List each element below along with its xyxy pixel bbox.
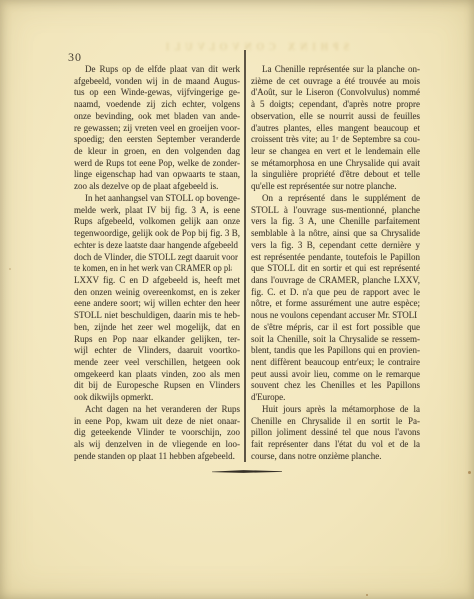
text-line: nous ne voulons cependant accuser Mr. ST… [251, 310, 417, 322]
text-line: est représentée pendante, toutefois le P… [251, 252, 420, 264]
text-line: à 5 doigts; cependant, d'après notre pro… [251, 99, 420, 111]
text-line: echter is deze laatste daar hangende afg… [74, 240, 238, 252]
text-line: se métamorphosa en une Chrysalide qui av… [251, 158, 420, 170]
text-line: tegenwoordige, gelijk ook de Pop bij fig… [74, 228, 240, 240]
text-line: observation, elle se nourrit aussi de fe… [251, 111, 420, 123]
text-line: de kleur in groen, en den volgenden dag [74, 146, 240, 158]
text-line: nent diffèrent beaucoup entr'eux; le con… [251, 357, 420, 369]
text-line: que STOLL dit en sortir et qui est repré… [251, 263, 420, 275]
text-line: STOLL niet beschuldigen, daarin mis te h… [74, 310, 240, 322]
text-line: peut aussi avoir lieu, comme on le remar… [251, 369, 420, 381]
paper-speck [9, 268, 11, 270]
text-line: in eene Pop, kwam uit deze de niet onaar… [74, 416, 240, 428]
text-line: la singulière propriété d'être debout et… [251, 169, 420, 181]
text-line: vers la fig. 3 B, cependant cette derniè… [251, 240, 420, 252]
text-line: pende standen op plaat 11 hebben afgebee… [74, 451, 240, 463]
text-line: De Rups op de elfde plaat van dit werk [74, 64, 240, 76]
text-line: course, dans notre onzième planche. [251, 451, 420, 463]
text-line: qu'elle est représentée sur notre planch… [251, 181, 420, 193]
text-line: Huit jours après la métamorphose de la [251, 404, 420, 416]
paper-speck [468, 471, 471, 474]
column-dutch: De Rups op de elfde plaat van dit werkaf… [74, 64, 240, 462]
text-line: ook dikwijls opmerkt. [74, 392, 240, 404]
text-line: dig geteekende Vlinder te voorschijn, zo… [74, 427, 240, 439]
text-line: croissent très vite; au 1ʳ de Septembre … [251, 134, 420, 146]
text-line: naamd, voedende zij zich echter, volgens [74, 99, 240, 111]
text-line: zoo als dezelve op de plaat afgebeeld is… [74, 181, 240, 193]
text-line: dit bij de Europesche Rupsen en Vlinders [74, 380, 240, 392]
text-line: Rups afgebeeld, volkomen gelijk aan onze [74, 216, 240, 228]
text-line: fait représenter dans l'état du vol et d… [251, 439, 420, 451]
column-divider-rule [244, 50, 246, 462]
text-line: wijl echter de Vlinders, daaruit voortko… [74, 345, 240, 357]
text-line: On a représenté dans le supplément de [251, 193, 420, 205]
bleedthrough-text: SPHINX CONVOLVULI [158, 42, 352, 58]
text-line: spoedig; den eersten September veranderd… [74, 134, 240, 146]
book-page-scan: SPHINX CONVOLVULI 30 De Rups op de elfde… [0, 0, 474, 599]
text-line: re gewassen; zij vreten veel en groeijen… [74, 123, 240, 135]
text-line: afgebeeld, vonden wij in de maand Augus- [74, 76, 240, 88]
text-line: fig. C. et D. n'a que peu de rapport ave… [251, 287, 420, 299]
text-line: d'autres plantes, elles mangent beaucoup… [251, 123, 420, 135]
text-line: mende zeer veel verschillen, hetgeen ook [74, 357, 240, 369]
text-line: linge eigenschap had van opwaarts te sta… [74, 169, 240, 181]
text-line: nôtre, et forme assurément une autre esp… [251, 298, 420, 310]
text-line: melde werk, plaat IV bij fig. 3 A, is ee… [74, 205, 240, 217]
section-end-rule [212, 470, 282, 473]
text-line: semblable à la nôtre, ainsi que sa Chrys… [251, 228, 420, 240]
text-line: onze bevinding, ook met bladen van ande- [74, 111, 240, 123]
text-line: soit la Chenille, soit la Chrysalide se … [251, 334, 420, 346]
text-line: als wij denzelven in de vliegende en loo… [74, 439, 240, 451]
text-line: d'Europe. [251, 392, 420, 404]
text-line: Chenille en Chrysalide il en sortit le P… [251, 416, 420, 428]
text-line: werd de Rups tot eene Pop, welke de zond… [74, 158, 240, 170]
text-line: STOLL à l'ouvrage sus-mentionné, planche… [251, 205, 420, 217]
text-line: Acht dagen na het veranderen der Rups [74, 404, 240, 416]
text-line: te komen, en in het werk van CRAMER op p… [74, 263, 231, 275]
paper-speck [366, 594, 368, 596]
text-line: den onzen weinig overeenkomst, en is zek… [74, 287, 240, 299]
page-number: 30 [68, 50, 82, 65]
text-line: ben, zijnde het zeer wel mogelijk, dat e… [74, 322, 240, 334]
text-line: blent, tandis que les Papillons qui en p… [251, 345, 420, 357]
text-line: LXXV fig. C en D afgebeeld is, heeft met [74, 275, 240, 287]
text-line: In het aanhangsel van STOLL op bovenge- [74, 193, 240, 205]
text-line: doch de Vlinder, die STOLL zegt daaruit … [74, 252, 238, 264]
text-line: pillon joliment dessiné tel que nous l'a… [251, 427, 420, 439]
text-line: zième de cet ouvrage a été trouvée au mo… [251, 76, 420, 88]
text-line: tus op een Winde-gewas, vijfvingerige ge… [74, 87, 240, 99]
text-line: d'Août, sur le Liseron (Convolvulus) nom… [251, 87, 420, 99]
text-line: La Chenille représentée sur la planche o… [251, 64, 420, 76]
text-line: omgekeerd kan plaats vinden, zoo als men [74, 369, 240, 381]
text-line: de s'être mépris, car il est fort possib… [251, 322, 420, 334]
text-line: eene andere soort; wij willen echter den… [74, 298, 240, 310]
text-line: dans l'ouvrage de CRAMER, planche LXXV, [251, 275, 420, 287]
text-line: Rups en Pop naar elkander gelijken, ter- [74, 334, 240, 346]
text-line: souvent chez les Chenilles et les Papill… [251, 380, 420, 392]
text-line: vers la fig. 3 A, une Chenille parfaitem… [251, 216, 420, 228]
text-line: leur se changea en vert et le lendemain … [251, 146, 420, 158]
column-french: La Chenille représentée sur la planche o… [251, 64, 420, 462]
